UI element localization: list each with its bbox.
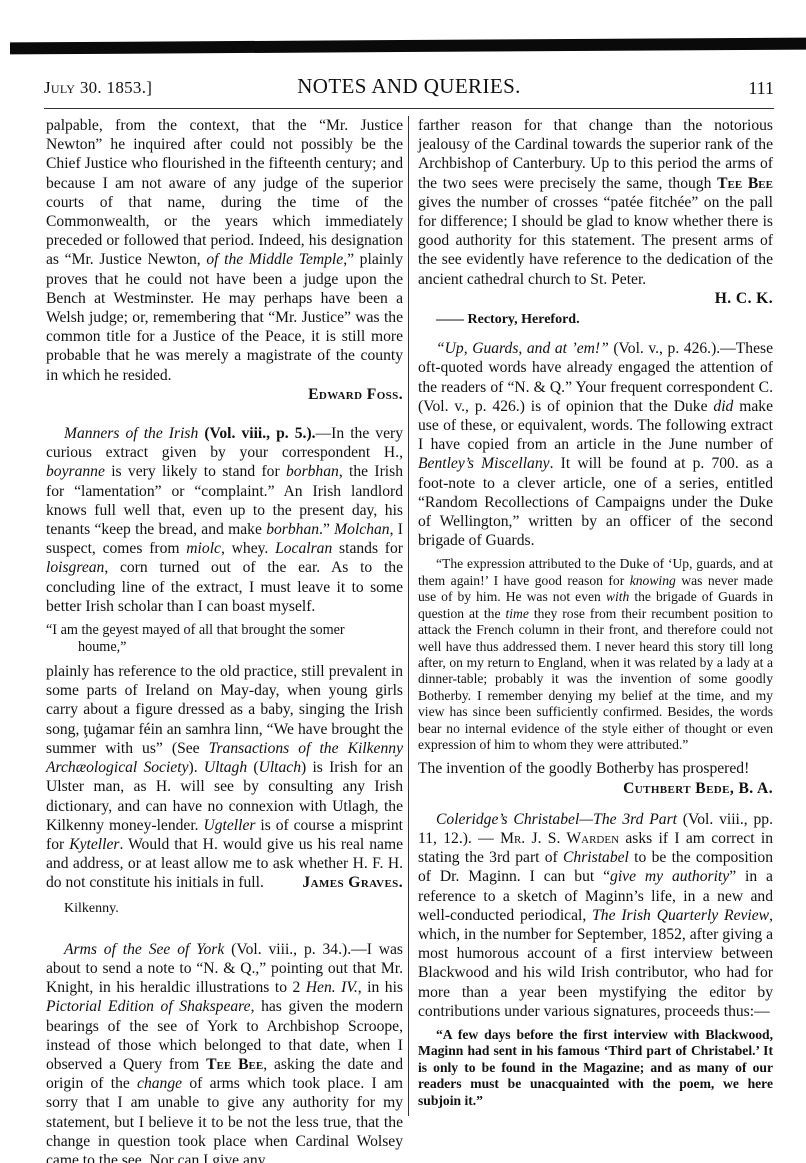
york-continuation-paragraph: farther reason for that change than the … (418, 116, 773, 289)
botherby-closing: The invention of the goodly Botherby has… (418, 759, 773, 778)
irish-quarterly-quotation: “A few days before the first interview w… (418, 1027, 773, 1109)
irish-manners-paragraph: Manners of the Irish (Vol. viii., p. 5.)… (46, 424, 403, 616)
newton-paragraph: palpable, from the context, that the “Mr… (46, 116, 403, 385)
arms-of-york-paragraph: Arms of the See of York (Vol. viii., p. … (46, 940, 403, 1163)
article-heading: Coleridge’s Christabel—The 3rd Part (436, 811, 677, 828)
christabel-paragraph: Coleridge’s Christabel—The 3rd Part (Vol… (418, 810, 773, 1021)
article-heading: Manners of the Irish (64, 425, 198, 442)
left-column: palpable, from the context, that the “Mr… (46, 116, 403, 1163)
signature-james-graves: James Graves. (302, 873, 403, 892)
article-heading: Arms of the See of York (64, 941, 224, 958)
verse-quotation: “I am the geyest mayed of all that broug… (46, 622, 403, 656)
bentley-quotation: “The expression attributed to the Duke o… (418, 556, 773, 753)
page-number: 111 (748, 78, 774, 99)
signature-edward-foss: Edward Foss. (46, 385, 403, 404)
place-rectory-hereford: —— Rectory, Hereford. (418, 310, 773, 329)
running-head: July 30. 1853.] NOTES AND QUERIES. 111 (44, 72, 774, 98)
place-kilkenny: Kilkenny. (46, 899, 403, 918)
signature-hck: H. C. K. (418, 289, 773, 308)
header-rule (44, 108, 774, 109)
top-black-band (10, 38, 806, 55)
column-divider (408, 116, 409, 1116)
journal-title: NOTES AND QUERIES. (44, 74, 774, 99)
irish-script-text: ţuġamar féin an samhra linn (83, 721, 258, 738)
up-guards-paragraph: “Up, Guards, and at ’em!” (Vol. v., p. 4… (418, 339, 773, 550)
article-heading: “Up, Guards, and at ’em!” (436, 340, 609, 357)
irish-paragraph-2: plainly has reference to the old practic… (46, 662, 403, 892)
signature-cuthbert-bede: Cuthbert Bede, B. A. (623, 779, 773, 798)
right-column: farther reason for that change than the … (418, 116, 773, 1115)
